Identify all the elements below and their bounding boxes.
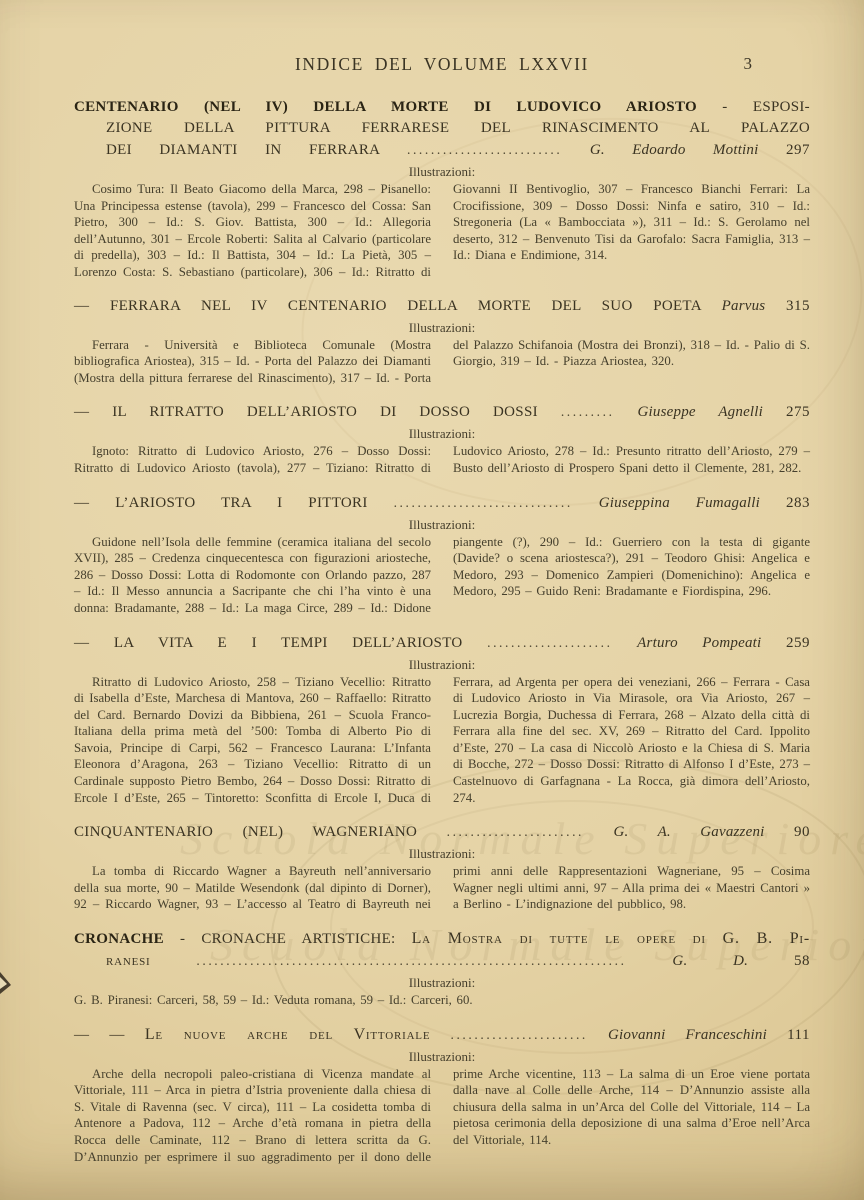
dot-leader: ....................... bbox=[447, 824, 584, 839]
entry-title-smallcaps: La Mostra di tutte le opere di G. B. Pi- bbox=[412, 930, 810, 947]
entry-dash-prefix: — bbox=[74, 298, 89, 314]
index-entry-cinquantenario-wagneriano: CINQUANTENARIO (NEL) WAGNERIANO ........… bbox=[74, 821, 810, 913]
entry-page-number: 90 bbox=[794, 824, 810, 840]
entry-title-bold: CRONACHE bbox=[74, 931, 164, 947]
illustrations-list: Ritratto di Ludovico Ariosto, 258 – Tizi… bbox=[74, 674, 810, 807]
page-header: INDICE DEL VOLUME LXXVII 3 bbox=[74, 54, 810, 75]
entry-page-number: 283 bbox=[786, 495, 810, 511]
illustrations-list: G. B. Piranesi: Carceri, 58, 59 – Id.: V… bbox=[74, 992, 810, 1009]
illustrations-label: Illustrazioni: bbox=[74, 516, 810, 533]
entry-page-number: 297 bbox=[786, 142, 810, 158]
entry-title: CINQUANTENARIO (NEL) WAGNERIANO bbox=[74, 824, 417, 840]
entry-page-number: 275 bbox=[786, 404, 810, 420]
entry-title: IL RITRATTO DELL’ARIOSTO DI DOSSO DOSSI bbox=[112, 404, 538, 420]
entry-author: Giuseppe Agnelli bbox=[638, 404, 764, 420]
illustrations-label: Illustrazioni: bbox=[74, 1048, 810, 1065]
index-entry-centenario-ariosto: CENTENARIO (NEL IV) DELLA MORTE DI LUDOV… bbox=[74, 97, 810, 281]
entry-heading-line: — LA VITA E I TEMPI DELL’ARIOSTO .......… bbox=[74, 632, 810, 654]
page-number: 3 bbox=[744, 54, 753, 74]
entry-dash-prefix: — bbox=[74, 404, 89, 420]
page-content: INDICE DEL VOLUME LXXVII 3 CENTENARIO (N… bbox=[74, 54, 810, 1165]
entry-dash-prefix: — — bbox=[74, 1027, 125, 1043]
illustrations-list: Guidone nell’Isola delle femmine (cerami… bbox=[74, 534, 810, 617]
entry-title-bold: CENTENARIO (NEL IV) DELLA MORTE DI LUDOV… bbox=[74, 99, 697, 115]
entry-title: DEI DIAMANTI IN FERRARA bbox=[106, 142, 379, 158]
entry-title: LA VITA E I TEMPI DELL’ARIOSTO bbox=[114, 635, 463, 651]
entry-heading-line: — L’ARIOSTO TRA I PITTORI ..............… bbox=[74, 492, 810, 514]
dot-leader: .............................. bbox=[394, 495, 573, 510]
entry-author: Giovanni Franceschini bbox=[608, 1027, 767, 1043]
entry-dash-prefix: — bbox=[74, 635, 89, 651]
page-edge-tear-inner bbox=[0, 977, 7, 989]
illustrations-list: Ignoto: Ritratto di Ludovico Ariosto, 27… bbox=[74, 443, 810, 476]
entry-heading-line: CENTENARIO (NEL IV) DELLA MORTE DI LUDOV… bbox=[74, 97, 810, 118]
dot-leader: ..................... bbox=[487, 635, 612, 650]
scanned-index-page: Scuola Normale Superiore Scuola Normale … bbox=[0, 0, 864, 1200]
illustrations-label: Illustrazioni: bbox=[74, 656, 810, 673]
entry-page-number: 315 bbox=[786, 298, 810, 314]
illustrations-list: La tomba di Riccardo Wagner a Bayreuth n… bbox=[74, 863, 810, 913]
entry-author: Giuseppina Fumagalli bbox=[599, 495, 760, 511]
entry-author: G. A. Gavazzeni bbox=[614, 824, 765, 840]
entry-heading-line: — IL RITRATTO DELL’ARIOSTO DI DOSSO DOSS… bbox=[74, 401, 810, 423]
volume-index-title: INDICE DEL VOLUME LXXVII bbox=[295, 54, 589, 74]
index-entry-ritratto-dosso: — IL RITRATTO DELL’ARIOSTO DI DOSSO DOSS… bbox=[74, 401, 810, 476]
index-entry-cronache-piranesi: CRONACHE - CRONACHE ARTISTICHE: La Mostr… bbox=[74, 928, 810, 1009]
entry-title: - CRONACHE ARTISTICHE: bbox=[180, 931, 396, 947]
entry-title-smallcaps: ranesi bbox=[106, 952, 151, 969]
entry-heading-line: CRONACHE - CRONACHE ARTISTICHE: La Mostr… bbox=[74, 928, 810, 950]
index-entry-ferrara-poeta: — FERRARA NEL IV CENTENARIO DELLA MORTE … bbox=[74, 296, 810, 387]
entry-author: Arturo Pompeati bbox=[637, 635, 761, 651]
illustrations-label: Illustrazioni: bbox=[74, 974, 810, 991]
entry-heading-line: — — Le nuove arche del Vittoriale ......… bbox=[74, 1024, 810, 1046]
illustrations-label: Illustrazioni: bbox=[74, 425, 810, 442]
entry-heading-line: ZIONE DELLA PITTURA FERRARESE DEL RINASC… bbox=[74, 118, 810, 139]
dot-leader: ......... bbox=[561, 404, 615, 419]
entry-heading-line: DEI DIAMANTI IN FERRARA ................… bbox=[74, 139, 810, 161]
dot-leader: ....................... bbox=[450, 1027, 587, 1042]
entry-page-number: 111 bbox=[787, 1027, 810, 1043]
entry-author: G. D. bbox=[672, 953, 748, 969]
entry-author: G. Edoardo Mottini bbox=[590, 142, 759, 158]
entry-author: Parvus bbox=[722, 298, 766, 314]
dot-leader: ........................................… bbox=[196, 953, 626, 968]
illustrations-list: Cosimo Tura: Il Beato Giacomo della Marc… bbox=[74, 181, 810, 281]
entry-page-number: 259 bbox=[786, 635, 810, 651]
entry-title-smallcaps: Le nuove arche del Vittoriale bbox=[145, 1026, 431, 1043]
entry-dash-prefix: — bbox=[74, 495, 89, 511]
illustrations-list: Arche della necropoli paleo-cristiana di… bbox=[74, 1066, 810, 1166]
entry-page-number: 58 bbox=[794, 953, 810, 969]
entry-heading-line: ranesi .................................… bbox=[74, 950, 810, 972]
index-entry-vita-tempi: — LA VITA E I TEMPI DELL’ARIOSTO .......… bbox=[74, 632, 810, 807]
illustrations-label: Illustrazioni: bbox=[74, 319, 810, 336]
illustrations-list: Ferrara - Università e Biblioteca Comuna… bbox=[74, 337, 810, 387]
entry-title: L’ARIOSTO TRA I PITTORI bbox=[115, 495, 367, 511]
entry-title: - ESPOSI- bbox=[722, 99, 810, 115]
entry-title: ZIONE DELLA PITTURA FERRARESE DEL RINASC… bbox=[106, 120, 810, 136]
illustrations-label: Illustrazioni: bbox=[74, 163, 810, 180]
illustrations-label: Illustrazioni: bbox=[74, 845, 810, 862]
entry-title: FERRARA NEL IV CENTENARIO DELLA MORTE DE… bbox=[110, 298, 701, 314]
index-entry-ariosto-pittori: — L’ARIOSTO TRA I PITTORI ..............… bbox=[74, 492, 810, 617]
dot-leader: .......................... bbox=[407, 142, 562, 157]
entry-heading-line: — FERRARA NEL IV CENTENARIO DELLA MORTE … bbox=[74, 296, 810, 317]
index-entry-arche-vittoriale: — — Le nuove arche del Vittoriale ......… bbox=[74, 1024, 810, 1166]
entry-heading-line: CINQUANTENARIO (NEL) WAGNERIANO ........… bbox=[74, 821, 810, 843]
